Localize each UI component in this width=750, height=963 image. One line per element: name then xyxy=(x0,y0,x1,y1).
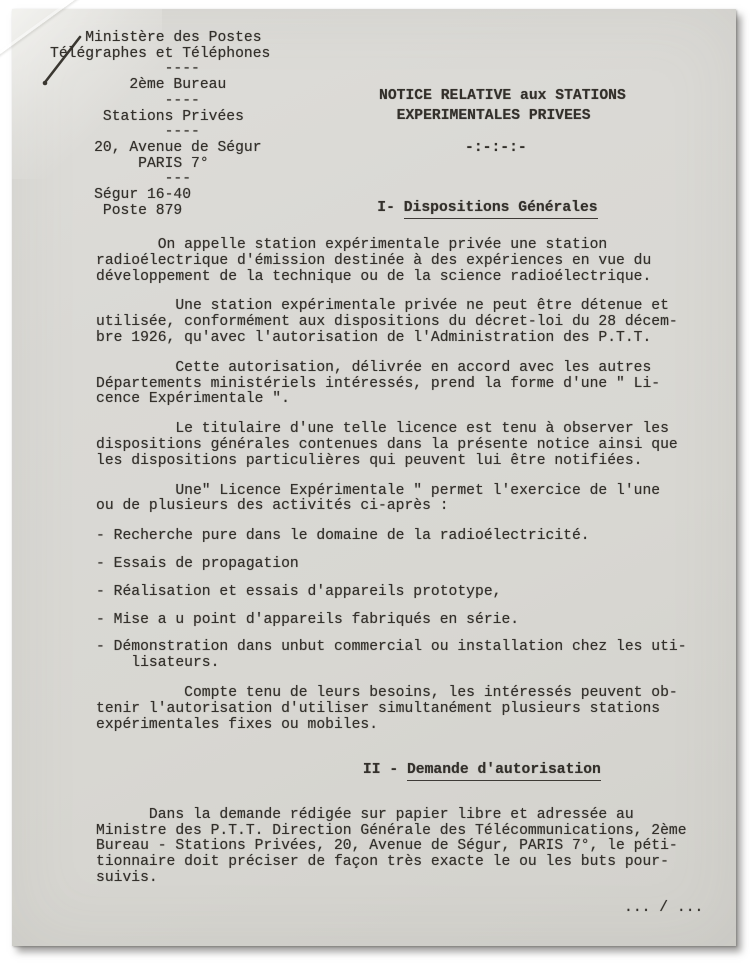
section-title: Dispositions Générales xyxy=(404,200,598,219)
text-line: Poste 879 xyxy=(50,204,270,220)
title-line-1: NOTICE RELATIVE aux STATIONS xyxy=(379,87,626,107)
sender-address-block: Ministère des PostesTélégraphes et Télép… xyxy=(50,31,270,219)
text-line: Ministère des Postes xyxy=(50,31,270,47)
text-line: ---- xyxy=(50,94,270,110)
text-line: ou de plusieurs des activités ci-après : xyxy=(96,499,746,515)
text-line: Télégraphes et Téléphones xyxy=(50,47,270,63)
text-line: cence Expérimentale ". xyxy=(96,392,746,408)
text-line: Stations Privées xyxy=(50,110,270,126)
text-line: 20, Avenue de Ségur xyxy=(50,141,270,157)
paragraph-autorisation: Cette autorisation, délivrée en accord a… xyxy=(96,361,746,408)
section-heading-demande: II - Demande d'autorisation xyxy=(310,747,746,794)
list-item-mise-au-point: - Mise a u point d'appareils fabriqués e… xyxy=(96,613,746,629)
text-line: les dispositions particulières qui peuve… xyxy=(96,454,746,470)
text-line: Ségur 16-40 xyxy=(50,188,270,204)
text-line: - Réalisation et essais d'appareils prot… xyxy=(96,585,746,601)
section-title: Demande d'autorisation xyxy=(407,762,601,781)
document-page: Ministère des PostesTélégraphes et Télép… xyxy=(12,9,736,946)
text-line: lisateurs. xyxy=(96,656,746,672)
text-line: utilisée, conformément aux dispositions … xyxy=(96,315,746,331)
text-line: tenir l'autorisation d'utiliser simultan… xyxy=(96,702,746,718)
text-line: 2ème Bureau xyxy=(50,78,270,94)
text-line: - Recherche pure dans le domaine de la r… xyxy=(96,529,746,545)
text-line: - Mise a u point d'appareils fabriqués e… xyxy=(96,613,746,629)
text-line: bre 1926, qu'avec l'autorisation de l'Ad… xyxy=(96,331,746,347)
text-line: radioélectrique d'émission destinée à de… xyxy=(96,254,746,270)
document-body: On appelle station expérimentale privée … xyxy=(96,238,746,917)
text-line: Cette autorisation, délivrée en accord a… xyxy=(96,361,746,377)
text-line: Une station expérimentale privée ne peut… xyxy=(96,299,746,315)
text-line: PARIS 7° xyxy=(50,157,270,173)
text-line: expérimentales fixes ou mobiles. xyxy=(96,718,746,734)
list-item-essais: - Essais de propagation xyxy=(96,557,746,573)
text-line: Compte tenu de leurs besoins, les intére… xyxy=(96,686,746,702)
text-line: Bureau - Stations Privées, 20, Avenue de… xyxy=(96,839,746,855)
text-line: ---- xyxy=(50,125,270,141)
text-line: suivis. xyxy=(96,871,746,887)
list-item-realisation: - Réalisation et essais d'appareils prot… xyxy=(96,585,746,601)
paragraph-titulaire: Le titulaire d'une telle licence est ten… xyxy=(96,422,746,469)
section-number: I- xyxy=(377,200,403,216)
text-line: --- xyxy=(50,172,270,188)
document-title: NOTICE RELATIVE aux STATIONS EXPERIMENTA… xyxy=(379,87,626,159)
list-item-demonstration: - Démonstration dans unbut commercial ou… xyxy=(96,640,746,672)
text-line: ---- xyxy=(50,62,270,78)
text-line: tionnaire doit préciser de façon très ex… xyxy=(96,855,746,871)
text-line: On appelle station expérimentale privée … xyxy=(96,238,746,254)
text-line: - Démonstration dans unbut commercial ou… xyxy=(96,640,746,656)
paragraph-licence-activites: Une" Licence Expérimentale " permet l'ex… xyxy=(96,484,746,516)
title-line-2: EXPERIMENTALES PRIVEES xyxy=(379,107,626,127)
text-line: - Essais de propagation xyxy=(96,557,746,573)
title-separator: -:-:-:- xyxy=(465,139,626,159)
continuation-mark: ... / ... xyxy=(624,901,746,917)
paragraph-decret-loi: Une station expérimentale privée ne peut… xyxy=(96,299,746,346)
paragraph-demande: Dans la demande rédigée sur papier libre… xyxy=(96,808,746,887)
section-number: II - xyxy=(363,762,407,778)
text-line: Dans la demande rédigée sur papier libre… xyxy=(96,808,746,824)
text-line: Une" Licence Expérimentale " permet l'ex… xyxy=(96,484,746,500)
text-line: Le titulaire d'une telle licence est ten… xyxy=(96,422,746,438)
text-line: Ministre des P.T.T. Direction Générale d… xyxy=(96,824,746,840)
text-line: Départements ministériels intéressés, pr… xyxy=(96,377,746,393)
list-item-recherche: - Recherche pure dans le domaine de la r… xyxy=(96,529,746,545)
text-line: développement de la technique ou de la s… xyxy=(96,270,746,286)
paragraph-compte-tenu: Compte tenu de leurs besoins, les intére… xyxy=(96,686,746,733)
text-line: dispositions générales contenues dans la… xyxy=(96,438,746,454)
paragraph-definition: On appelle station expérimentale privée … xyxy=(96,238,746,285)
section-heading-dispositions: I- Dispositions Générales xyxy=(342,184,598,232)
